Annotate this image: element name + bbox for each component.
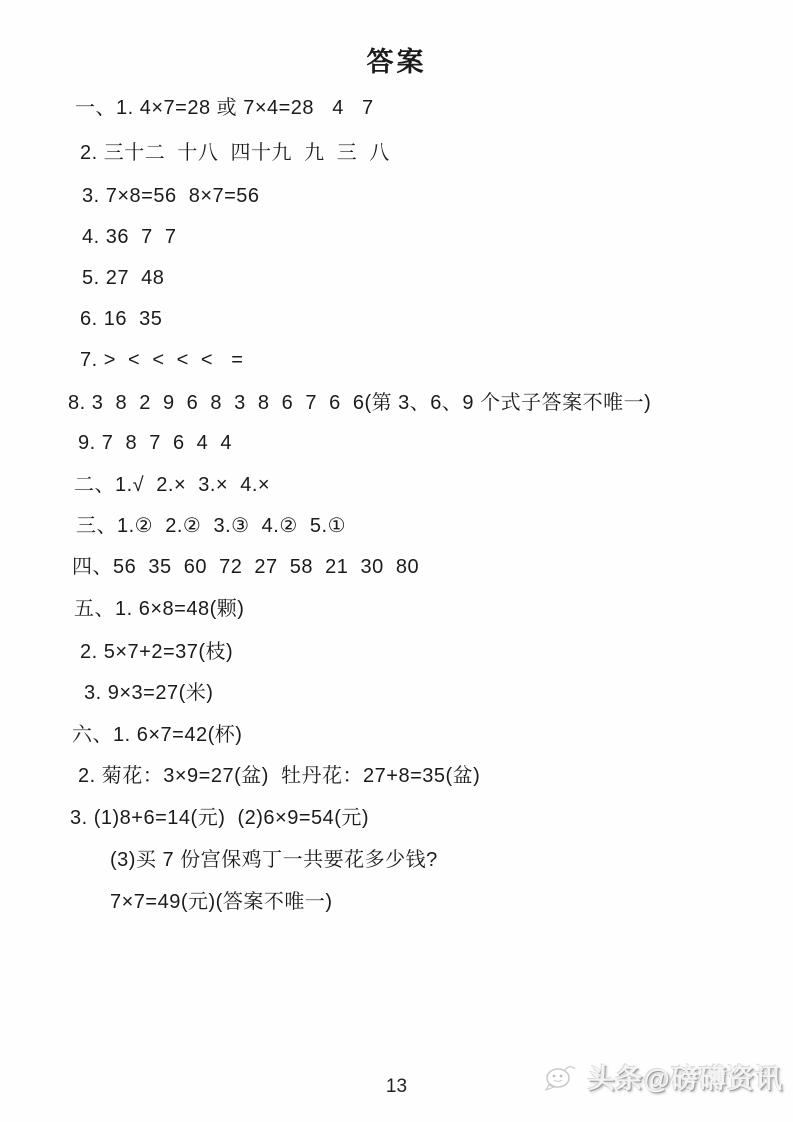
answer-line: (3)买 7 份宫保鸡丁一共要花多少钱? [110, 847, 438, 873]
answer-line: 4. 36 7 7 [82, 224, 176, 250]
answer-line: 9. 7 8 7 6 4 4 [78, 430, 232, 456]
answer-line: 四、56 35 60 72 27 58 21 30 80 [72, 554, 419, 580]
answer-line: 3. 9×3=27(米) [84, 680, 213, 706]
answer-line: 六、1. 6×7=42(杯) [72, 722, 242, 748]
answer-line: 2. 菊花：3×9=27(盆) 牡丹花：27+8=35(盆) [78, 763, 480, 789]
answer-line: 2. 三十二 十八 四十九 九 三 八 [80, 140, 390, 166]
answer-line: 8. 3 8 2 9 6 8 3 8 6 7 6 6(第 3、6、9 个式子答案… [68, 390, 651, 416]
answer-line: 6. 16 35 [80, 306, 162, 332]
answer-line: 2. 5×7+2=37(枝) [80, 639, 233, 665]
watermark-text: 头条@磅礴资讯 [588, 1057, 783, 1096]
answer-sheet-page: 答案 一、1. 4×7=28 或 7×4=28 4 7 2. 三十二 十八 四十… [0, 0, 793, 1122]
answer-line: 一、1. 4×7=28 或 7×4=28 4 7 [75, 95, 374, 121]
answer-line: 7×7=49(元)(答案不唯一) [110, 889, 333, 915]
answer-line: 5. 27 48 [82, 265, 164, 291]
answer-line: 五、1. 6×8=48(颗) [74, 596, 244, 622]
page-title: 答案 [0, 40, 793, 79]
answer-line: 3. 7×8=56 8×7=56 [82, 183, 260, 209]
answer-line: 三、1.② 2.② 3.③ 4.② 5.① [76, 513, 346, 539]
answer-line: 3. (1)8+6=14(元) (2)6×9=54(元) [70, 805, 369, 831]
answer-line: 7. > < < < < = [80, 347, 243, 373]
answer-line: 二、1.√ 2.× 3.× 4.× [74, 472, 270, 498]
watermark: 头条@磅礴资讯 [545, 1057, 783, 1096]
toutiao-mascot-icon [545, 1061, 583, 1093]
